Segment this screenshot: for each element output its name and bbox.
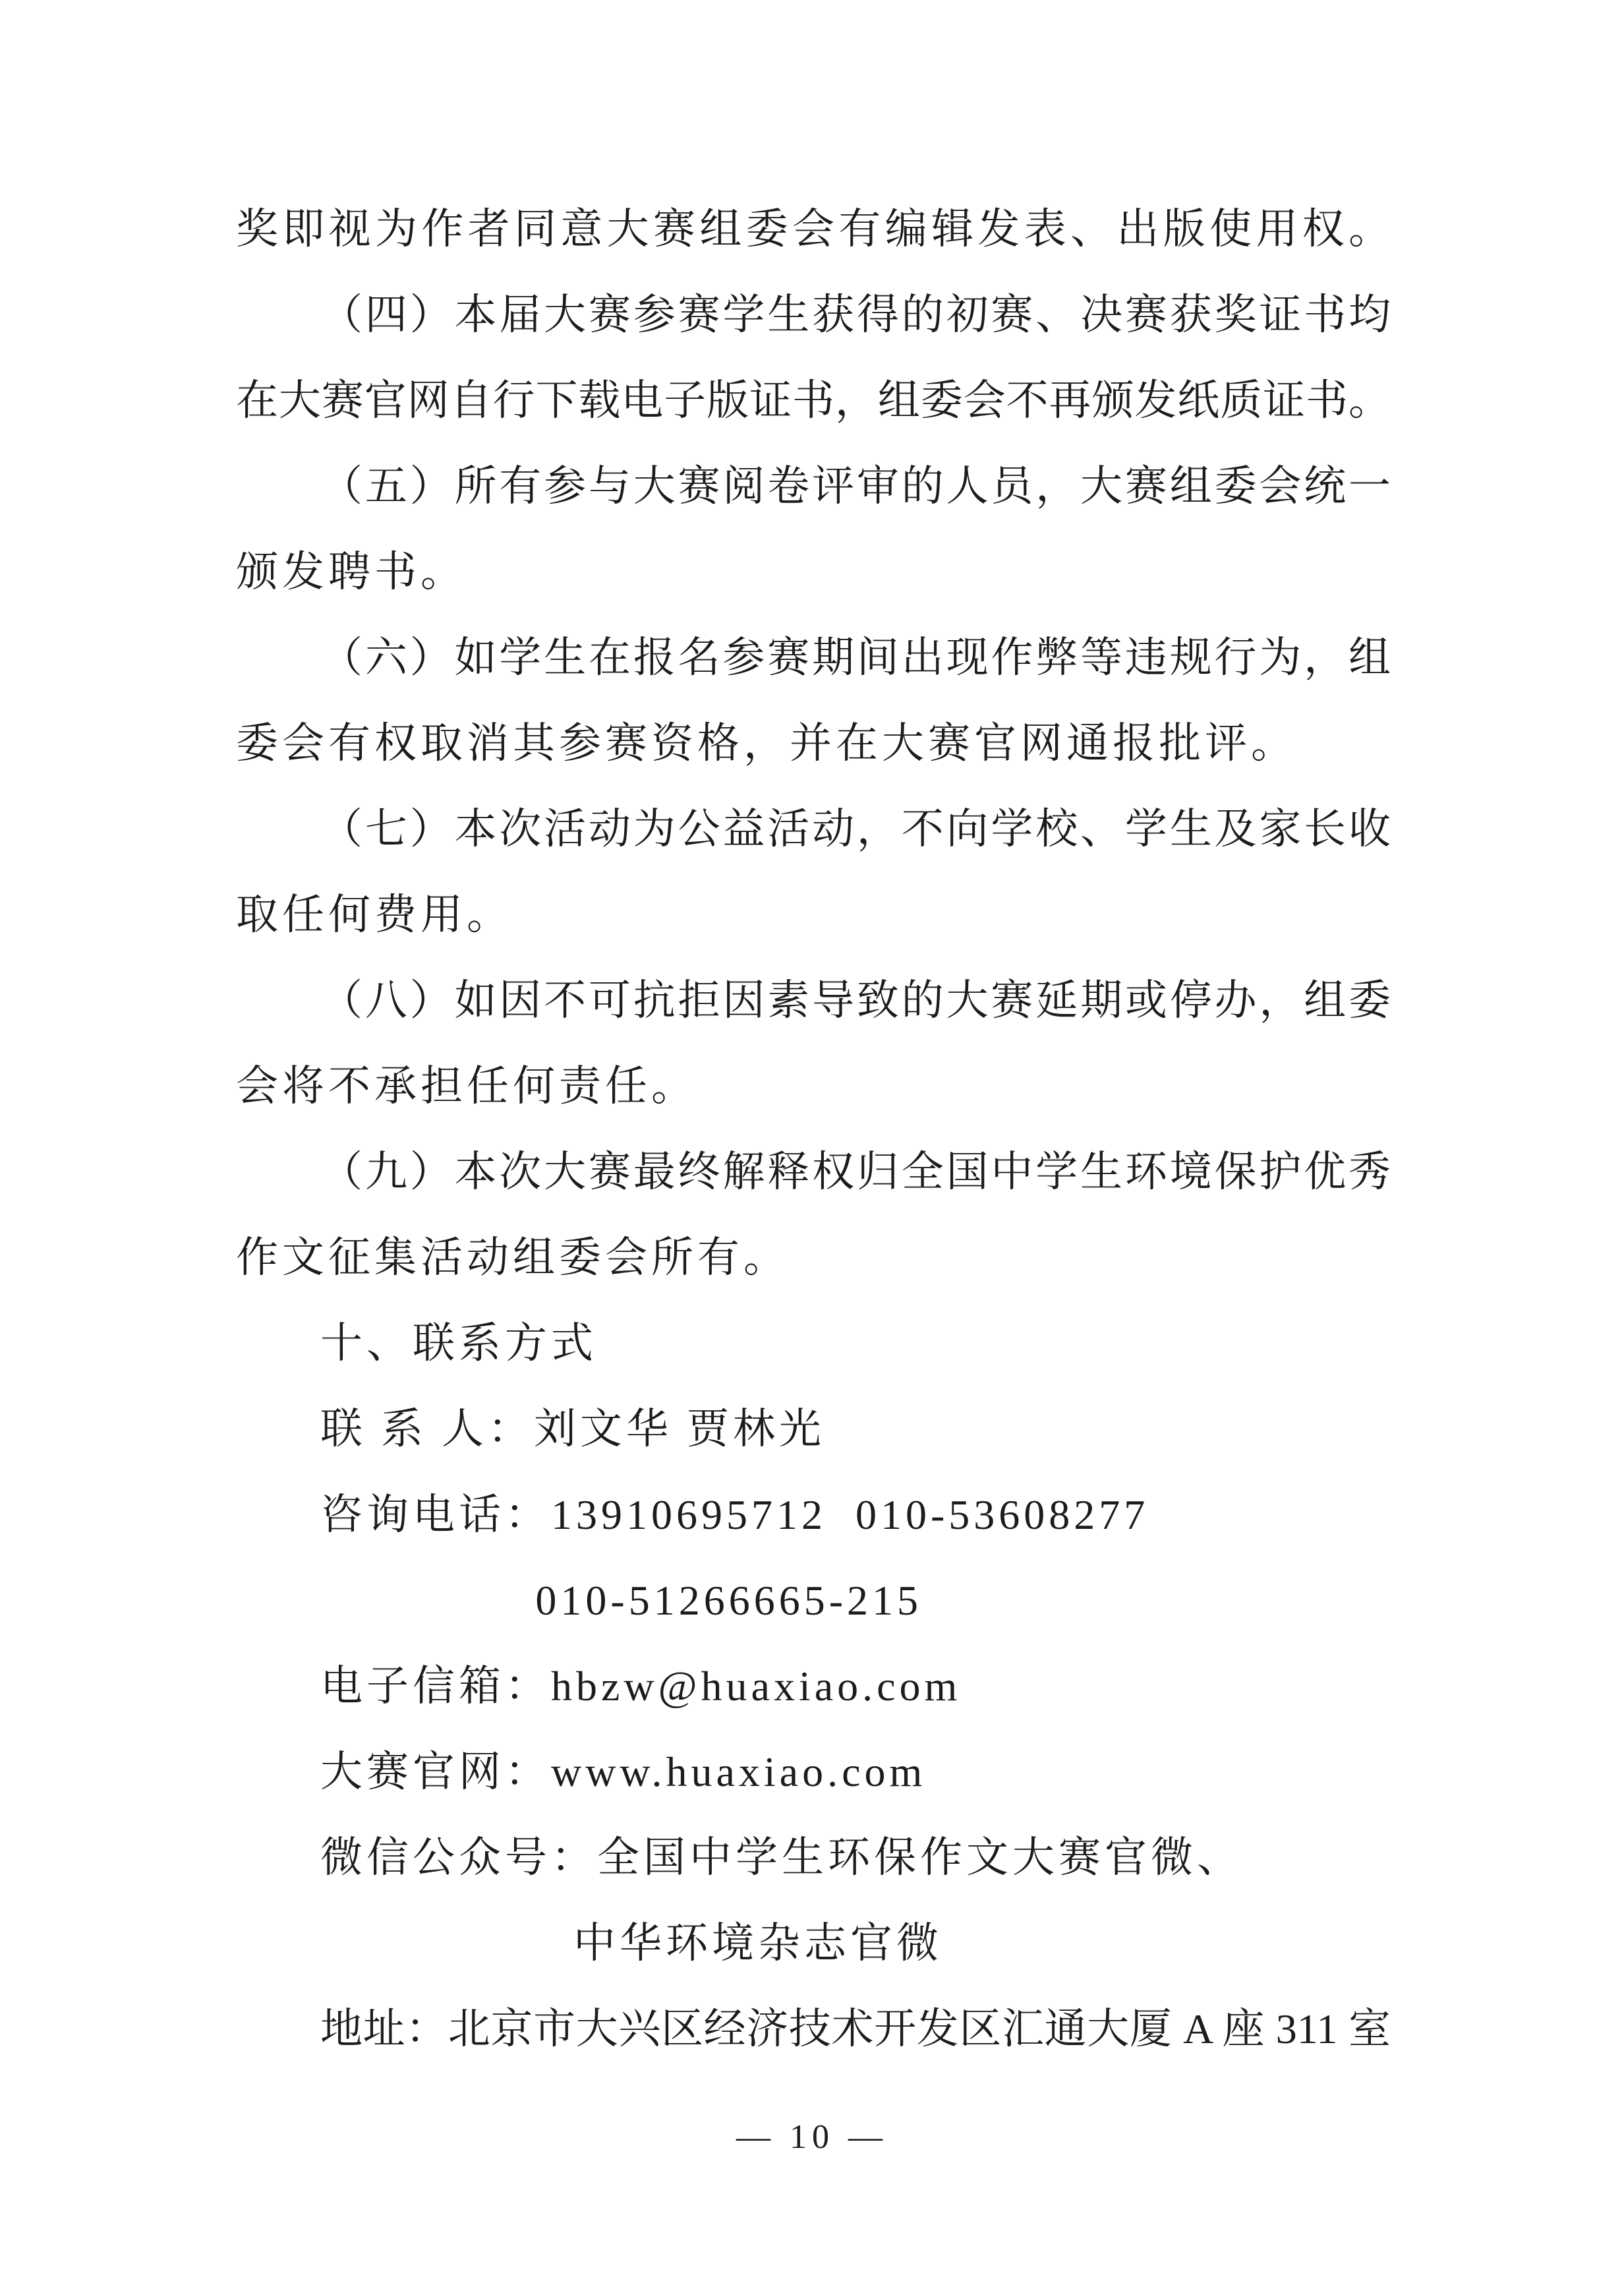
document-line: （五）所有参与大赛阅卷评审的人员，大赛组委会统一 — [236, 444, 1391, 529]
document-page: 奖即视为作者同意大赛组委会有编辑发表、出版使用权。 （四）本届大赛参赛学生获得的… — [0, 0, 1624, 2289]
contact-person-line: 联 系 人：刘文华 贾林光 — [236, 1386, 1391, 1472]
document-line: （四）本届大赛参赛学生获得的初赛、决赛获奖证书均 — [236, 272, 1391, 358]
document-line: （八）如因不可抗拒因素导致的大赛延期或停办，组委 — [236, 958, 1391, 1044]
contact-website-line: 大赛官网：www.huaxiao.com — [236, 1729, 1391, 1815]
document-line: （九）本次大赛最终解释权归全国中学生环境保护优秀 — [236, 1129, 1391, 1215]
document-line: 委会有权取消其参赛资格，并在大赛官网通报批评。 — [236, 701, 1391, 787]
document-line: （六）如学生在报名参赛期间出现作弊等违规行为，组 — [236, 615, 1391, 701]
contact-wechat-line-2: 中华环境杂志官微 — [236, 1901, 1391, 1986]
document-line: 颁发聘书。 — [236, 529, 1391, 615]
document-line: 作文征集活动组委会所有。 — [236, 1215, 1391, 1301]
section-heading-contact: 十、联系方式 — [236, 1301, 1391, 1386]
document-line: 奖即视为作者同意大赛组委会有编辑发表、出版使用权。 — [236, 187, 1391, 272]
document-body: 奖即视为作者同意大赛组委会有编辑发表、出版使用权。 （四）本届大赛参赛学生获得的… — [236, 187, 1391, 2072]
document-line: （七）本次活动为公益活动，不向学校、学生及家长收 — [236, 787, 1391, 872]
contact-email-line: 电子信箱：hbzw@huaxiao.com — [236, 1644, 1391, 1729]
contact-address-line: 地址：北京市大兴区经济技术开发区汇通大厦 A 座 311 室 — [236, 1986, 1391, 2072]
document-line: 取任何费用。 — [236, 872, 1391, 958]
contact-phone-line-2: 010-51266665-215 — [236, 1558, 1391, 1644]
page-number: — 10 — — [0, 2118, 1624, 2157]
contact-wechat-line: 微信公众号：全国中学生环保作文大赛官微、 — [236, 1815, 1391, 1901]
contact-phone-line: 咨询电话：13910695712 010-53608277 — [236, 1472, 1391, 1558]
document-line: 在大赛官网自行下载电子版证书，组委会不再颁发纸质证书。 — [236, 358, 1391, 444]
document-line: 会将不承担任何责任。 — [236, 1044, 1391, 1129]
